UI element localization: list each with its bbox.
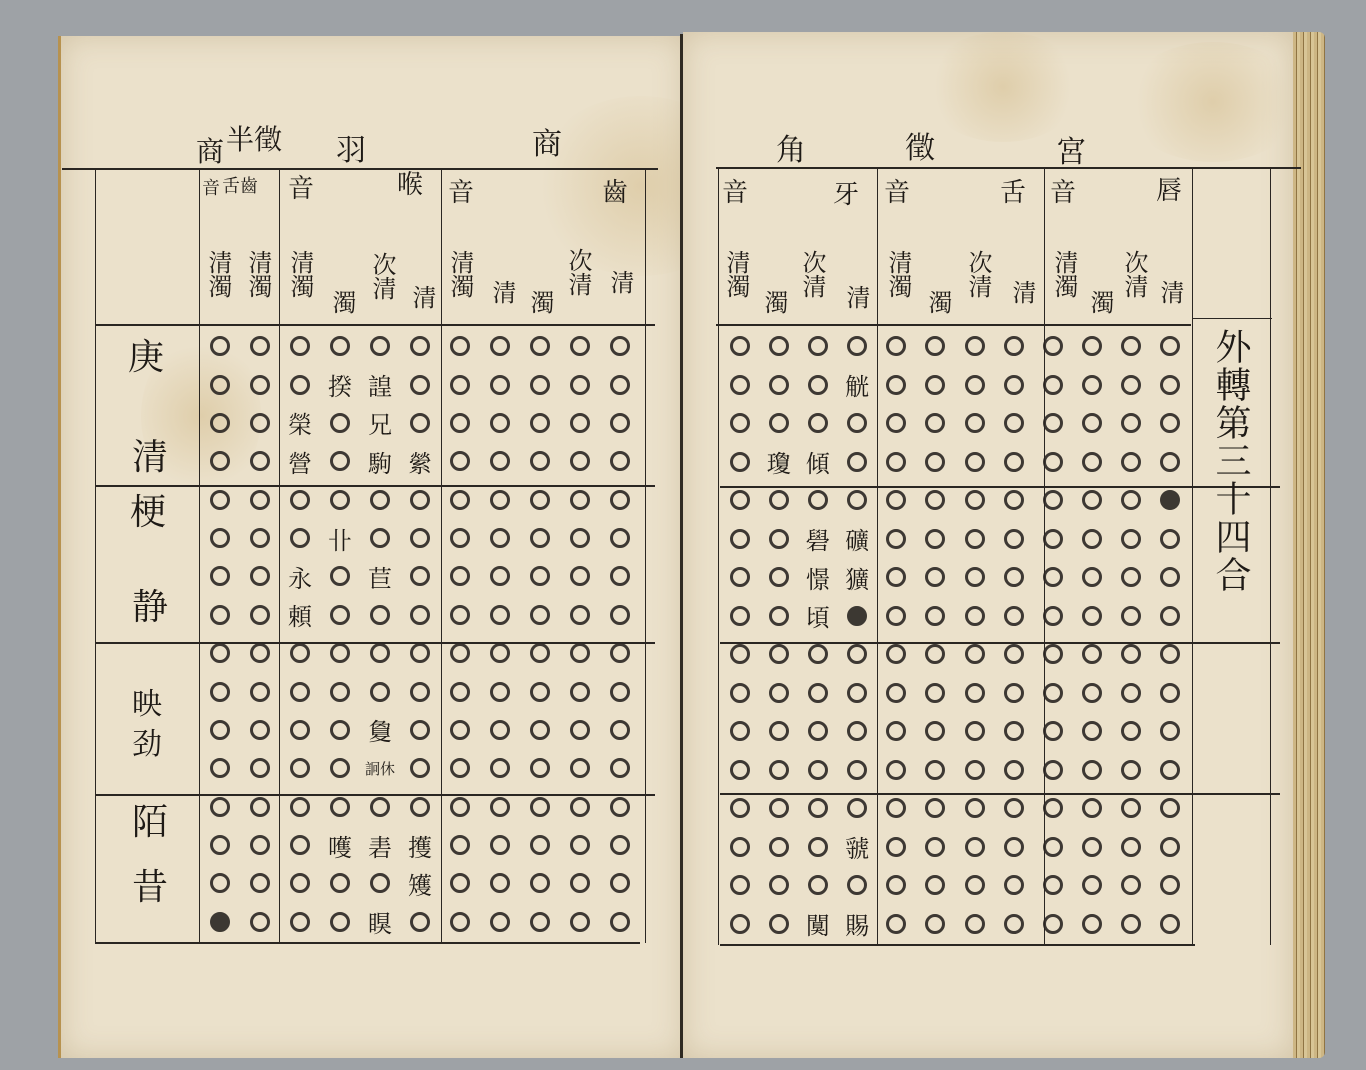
grid-cell (560, 672, 600, 710)
grid-cell (955, 712, 994, 751)
grid-cell (1112, 866, 1151, 905)
empty-circle-icon (808, 413, 828, 433)
empty-circle-icon (925, 683, 945, 703)
left-rime-grid: 諻揆兄榮縈駒營卝苣永頼敻詗休擭砉嚄矱瞁 (200, 327, 640, 941)
grid-cell (1033, 635, 1072, 674)
empty-circle-icon (450, 375, 470, 395)
grid-cell (360, 634, 400, 672)
empty-circle-icon (290, 375, 310, 395)
grid-cell (798, 481, 837, 520)
empty-circle-icon (290, 490, 310, 510)
grid-cell (600, 365, 640, 403)
empty-circle-icon (1004, 683, 1024, 703)
grid-cell (320, 404, 360, 442)
grid-cell (1112, 443, 1151, 482)
empty-circle-icon (769, 413, 789, 433)
grid-cell (360, 788, 400, 826)
grid-cell (759, 597, 798, 636)
grid-cell (1151, 905, 1190, 944)
grid-cell (1033, 327, 1072, 366)
grid-cell (440, 519, 480, 557)
grid-cell (1151, 327, 1190, 366)
empty-circle-icon (1160, 452, 1180, 472)
grid-cell (994, 905, 1033, 944)
empty-circle-icon (847, 683, 867, 703)
empty-circle-icon (250, 490, 270, 510)
col-label: 濁 (528, 290, 552, 314)
grid-cell (200, 711, 240, 749)
empty-circle-icon (1160, 529, 1180, 549)
empty-circle-icon (886, 760, 906, 780)
grid-cell (200, 327, 240, 365)
empty-circle-icon (1043, 721, 1063, 741)
empty-circle-icon (570, 375, 590, 395)
empty-circle-icon (210, 490, 230, 510)
empty-circle-icon (490, 451, 510, 471)
grid-cell (520, 596, 560, 634)
grid-cell: 詗休 (360, 749, 400, 787)
empty-circle-icon (370, 797, 390, 817)
empty-circle-icon (450, 720, 470, 740)
grid-cell: 瓊 (759, 443, 798, 482)
rhyme-label: 映 (132, 690, 162, 720)
grid-cell (759, 674, 798, 713)
grid-cell: 營 (280, 442, 320, 480)
grid-cell (1112, 905, 1151, 944)
empty-circle-icon (1082, 375, 1102, 395)
grid-cell (955, 443, 994, 482)
grid-cell (280, 672, 320, 710)
grid-cell: 縈 (400, 442, 440, 480)
empty-circle-icon (769, 875, 789, 895)
empty-circle-icon (330, 336, 350, 356)
empty-circle-icon (210, 835, 230, 855)
col-label: 濁 (762, 290, 786, 314)
empty-circle-icon (925, 760, 945, 780)
grid-cell (560, 788, 600, 826)
grid-cell (955, 635, 994, 674)
empty-circle-icon (410, 682, 430, 702)
grid-cell (600, 557, 640, 595)
grid-cell (480, 672, 520, 710)
grid-cell (798, 828, 837, 867)
empty-circle-icon (847, 336, 867, 356)
empty-circle-icon (808, 875, 828, 895)
header-gong: 宮 (1056, 138, 1086, 168)
grid-cell (320, 481, 360, 519)
grid-cell (440, 711, 480, 749)
empty-circle-icon (1160, 336, 1180, 356)
empty-circle-icon (1004, 567, 1024, 587)
empty-circle-icon (1160, 606, 1180, 626)
grid-cell (480, 749, 520, 787)
empty-circle-icon (570, 720, 590, 740)
empty-circle-icon (290, 528, 310, 548)
grid-cell (240, 634, 280, 672)
grid-cell (280, 826, 320, 864)
empty-circle-icon (330, 758, 350, 778)
col-label: 清 (1010, 280, 1034, 304)
empty-circle-icon (769, 375, 789, 395)
grid-cell (916, 520, 955, 559)
group-she-yin: 音 (884, 180, 910, 206)
grid-cell (280, 903, 320, 941)
grid-cell (916, 366, 955, 405)
grid-cell (877, 597, 916, 636)
empty-circle-icon (490, 490, 510, 510)
grid-cell (720, 751, 759, 790)
grid-cell (1151, 866, 1190, 905)
empty-circle-icon (530, 528, 550, 548)
grid-cell (520, 557, 560, 595)
grid-cell (200, 749, 240, 787)
empty-circle-icon (1121, 837, 1141, 857)
grid-cell (1151, 366, 1190, 405)
empty-circle-icon (965, 336, 985, 356)
grid-cell (280, 864, 320, 902)
grid-cell (994, 828, 1033, 867)
grid-cell (200, 903, 240, 941)
grid-cell (440, 672, 480, 710)
grid-cell (560, 327, 600, 365)
grid-cell (400, 519, 440, 557)
grid-cell: 榮 (280, 404, 320, 442)
grid-cell (520, 864, 560, 902)
empty-circle-icon (410, 605, 430, 625)
rhyme-label: 劲 (132, 730, 162, 760)
empty-circle-icon (769, 837, 789, 857)
empty-circle-icon (808, 760, 828, 780)
group-hou: 喉 (397, 172, 423, 198)
empty-circle-icon (965, 875, 985, 895)
empty-circle-icon (925, 837, 945, 857)
grid-cell (759, 481, 798, 520)
empty-circle-icon (925, 452, 945, 472)
empty-circle-icon (610, 375, 630, 395)
filled-circle-icon (847, 606, 867, 626)
grid-cell (560, 826, 600, 864)
grid-cell (1033, 866, 1072, 905)
grid-cell (320, 864, 360, 902)
grid-cell (440, 903, 480, 941)
empty-circle-icon (570, 490, 590, 510)
grid-cell (1112, 481, 1151, 520)
grid-cell (720, 404, 759, 443)
grid-cell (360, 327, 400, 365)
empty-circle-icon (530, 643, 550, 663)
empty-circle-icon (730, 490, 750, 510)
header-rule (95, 324, 655, 326)
grid-cell (560, 596, 600, 634)
grid-cell (1112, 828, 1151, 867)
empty-circle-icon (886, 529, 906, 549)
grid-cell (1073, 597, 1112, 636)
empty-circle-icon (570, 643, 590, 663)
col-label: 次清 (800, 250, 824, 298)
grid-cell (400, 404, 440, 442)
empty-circle-icon (1043, 644, 1063, 664)
grid-cell (838, 597, 877, 636)
empty-circle-icon (570, 336, 590, 356)
grid-cell (955, 404, 994, 443)
grid-cell (877, 520, 916, 559)
grid-cell: 嚄 (320, 826, 360, 864)
rhyme-label: 庚 (128, 340, 164, 376)
grid-cell: 兄 (360, 404, 400, 442)
grid-cell (600, 788, 640, 826)
title-rule (1192, 318, 1272, 319)
grid-cell (200, 864, 240, 902)
grid-cell (400, 481, 440, 519)
grid-cell (560, 711, 600, 749)
grid-cell (759, 789, 798, 828)
grid-cell (955, 828, 994, 867)
grid-cell (720, 712, 759, 751)
grid-cell (440, 327, 480, 365)
col-label: 清濁 (724, 250, 748, 298)
empty-circle-icon (410, 720, 430, 740)
grid-cell (520, 672, 560, 710)
empty-circle-icon (490, 375, 510, 395)
empty-circle-icon (886, 683, 906, 703)
empty-circle-icon (925, 490, 945, 510)
empty-circle-icon (886, 413, 906, 433)
empty-circle-icon (1160, 914, 1180, 934)
grid-cell (520, 749, 560, 787)
water-stain (923, 32, 1083, 142)
empty-circle-icon (370, 605, 390, 625)
empty-circle-icon (250, 566, 270, 586)
empty-circle-icon (1043, 336, 1063, 356)
empty-circle-icon (410, 643, 430, 663)
book-fore-edge (1293, 32, 1325, 1058)
empty-circle-icon (250, 835, 270, 855)
grid-cell (1033, 404, 1072, 443)
empty-circle-icon (1082, 644, 1102, 664)
empty-circle-icon (250, 336, 270, 356)
grid-cell (440, 481, 480, 519)
empty-circle-icon (1121, 798, 1141, 818)
grid-cell: 傾 (798, 443, 837, 482)
grid-cell (994, 558, 1033, 597)
empty-circle-icon (808, 644, 828, 664)
grid-cell (280, 481, 320, 519)
grid-cell (994, 674, 1033, 713)
grid-cell (838, 712, 877, 751)
grid-cell (955, 597, 994, 636)
empty-circle-icon (1082, 606, 1102, 626)
grid-cell (600, 864, 640, 902)
grid-cell (240, 711, 280, 749)
empty-circle-icon (1043, 413, 1063, 433)
empty-circle-icon (730, 336, 750, 356)
empty-circle-icon (290, 912, 310, 932)
grid-cell (955, 674, 994, 713)
grid-cell (1151, 481, 1190, 520)
empty-circle-icon (450, 835, 470, 855)
grid-cell (1151, 712, 1190, 751)
grid-cell (916, 327, 955, 366)
empty-circle-icon (210, 375, 230, 395)
empty-circle-icon (1043, 837, 1063, 857)
grid-cell (400, 327, 440, 365)
grid-cell (720, 327, 759, 366)
empty-circle-icon (250, 797, 270, 817)
empty-circle-icon (410, 413, 430, 433)
grid-cell (759, 828, 798, 867)
header-zhi: 徵 (905, 134, 935, 164)
empty-circle-icon (925, 413, 945, 433)
grid-cell (440, 442, 480, 480)
empty-circle-icon (886, 914, 906, 934)
empty-circle-icon (730, 837, 750, 857)
empty-circle-icon (610, 605, 630, 625)
empty-circle-icon (530, 835, 550, 855)
empty-circle-icon (847, 721, 867, 741)
grid-cell (520, 481, 560, 519)
empty-circle-icon (769, 914, 789, 934)
grid-cell (838, 789, 877, 828)
empty-circle-icon (330, 797, 350, 817)
grid-cell (759, 558, 798, 597)
empty-circle-icon (1121, 644, 1141, 664)
header-shang-small: 商 (196, 138, 224, 166)
empty-circle-icon (808, 837, 828, 857)
grid-cell (1073, 481, 1112, 520)
empty-circle-icon (490, 682, 510, 702)
grid-cell (1151, 404, 1190, 443)
empty-circle-icon (290, 758, 310, 778)
empty-circle-icon (410, 528, 430, 548)
empty-circle-icon (730, 683, 750, 703)
grid-cell: 獷 (838, 558, 877, 597)
grid-cell (798, 866, 837, 905)
grid-cell (720, 597, 759, 636)
grid-cell (480, 788, 520, 826)
empty-circle-icon (490, 605, 510, 625)
empty-circle-icon (250, 912, 270, 932)
grid-cell (994, 443, 1033, 482)
grid-cell (400, 711, 440, 749)
empty-circle-icon (570, 758, 590, 778)
grid-cell (759, 712, 798, 751)
col-label: 次清 (566, 248, 590, 296)
empty-circle-icon (450, 758, 470, 778)
grid-cell (1073, 366, 1112, 405)
empty-circle-icon (1082, 914, 1102, 934)
grid-cell (200, 481, 240, 519)
empty-circle-icon (410, 336, 430, 356)
grid-cell (280, 634, 320, 672)
grid-cell (600, 711, 640, 749)
empty-circle-icon (925, 644, 945, 664)
grid-cell (994, 751, 1033, 790)
empty-circle-icon (886, 721, 906, 741)
grid-cell (877, 866, 916, 905)
grid-cell (440, 864, 480, 902)
grid-cell: 駒 (360, 442, 400, 480)
empty-circle-icon (250, 720, 270, 740)
grid-cell (1073, 751, 1112, 790)
col-label: 清 (844, 285, 868, 309)
empty-circle-icon (450, 336, 470, 356)
grid-cell (798, 327, 837, 366)
grid-cell (560, 365, 600, 403)
empty-circle-icon (730, 452, 750, 472)
grid-cell (720, 789, 759, 828)
grid-cell (520, 442, 560, 480)
grid-cell (916, 558, 955, 597)
grid-cell (1073, 905, 1112, 944)
empty-circle-icon (965, 375, 985, 395)
empty-circle-icon (769, 721, 789, 741)
empty-circle-icon (610, 797, 630, 817)
grid-cell (480, 481, 520, 519)
grid-cell (1112, 789, 1151, 828)
group-shechi: 舌齒 (222, 178, 258, 196)
empty-circle-icon (490, 835, 510, 855)
grid-cell (877, 674, 916, 713)
grid-cell (877, 404, 916, 443)
grid-cell (600, 634, 640, 672)
grid-cell (400, 749, 440, 787)
col-label: 清濁 (886, 250, 910, 298)
empty-circle-icon (210, 528, 230, 548)
empty-circle-icon (250, 643, 270, 663)
grid-cell: 瞁 (360, 903, 400, 941)
grid-cell (520, 634, 560, 672)
empty-circle-icon (410, 758, 430, 778)
grid-cell (560, 481, 600, 519)
empty-circle-icon (450, 873, 470, 893)
empty-circle-icon (530, 873, 550, 893)
empty-circle-icon (965, 413, 985, 433)
grid-cell (240, 365, 280, 403)
grid-cell: 虢 (838, 828, 877, 867)
grid-cell (1073, 404, 1112, 443)
empty-circle-icon (570, 566, 590, 586)
empty-circle-icon (769, 529, 789, 549)
grid-cell (320, 442, 360, 480)
grid-cell (480, 365, 520, 403)
grid-cell (1112, 558, 1151, 597)
empty-circle-icon (730, 413, 750, 433)
empty-circle-icon (490, 528, 510, 548)
group-chun: 唇 (1156, 178, 1182, 204)
grid-cell (1112, 520, 1151, 559)
empty-circle-icon (1160, 721, 1180, 741)
grid-cell (560, 442, 600, 480)
rhyme-label: 陌 (132, 805, 168, 841)
grid-cell (320, 672, 360, 710)
column-rule (718, 167, 719, 945)
empty-circle-icon (610, 873, 630, 893)
empty-circle-icon (250, 528, 270, 548)
empty-circle-icon (530, 605, 550, 625)
empty-circle-icon (1160, 875, 1180, 895)
grid-cell (240, 519, 280, 557)
grid-cell (1073, 327, 1112, 366)
empty-circle-icon (1043, 798, 1063, 818)
grid-cell (838, 866, 877, 905)
grid-cell (440, 557, 480, 595)
col-label: 清 (490, 280, 514, 304)
grid-cell (480, 442, 520, 480)
empty-circle-icon (1082, 490, 1102, 510)
grid-cell (1073, 520, 1112, 559)
grid-cell (1151, 635, 1190, 674)
grid-cell (480, 826, 520, 864)
